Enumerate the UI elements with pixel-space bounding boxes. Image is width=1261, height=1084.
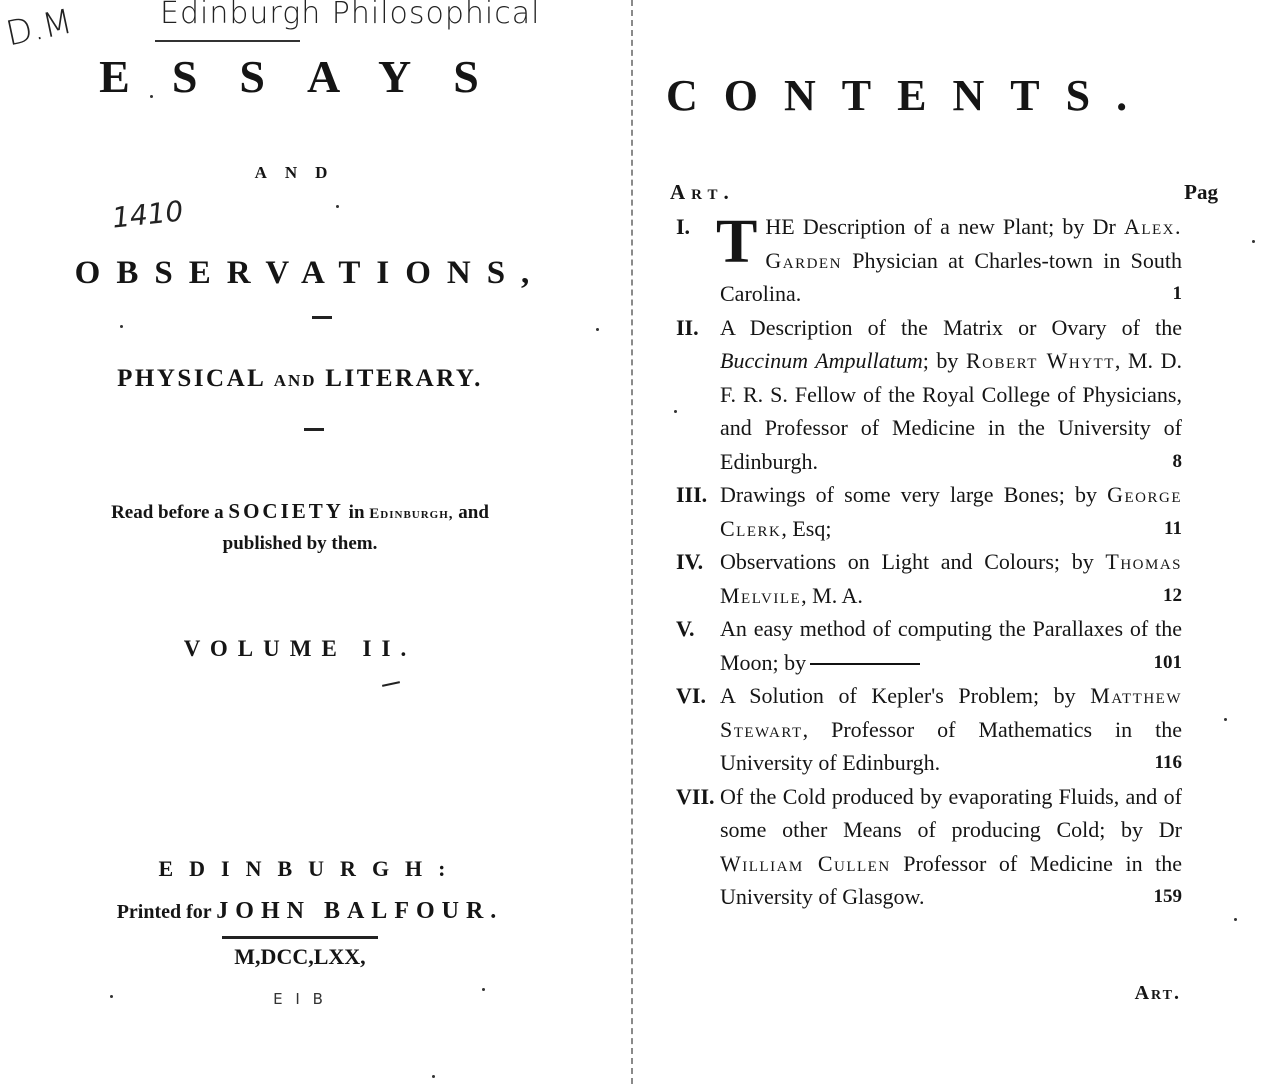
imprint-year: M,DCC,LXX,	[0, 944, 600, 970]
entry-title: A Description of the Matrix or Ovary of …	[720, 315, 1182, 340]
title-essays: ESSAYS	[70, 50, 550, 103]
publisher-name: JOHN BALFOUR.	[216, 898, 503, 924]
scan-speck	[1252, 240, 1255, 243]
entry-number: V.	[676, 612, 720, 679]
entry-title: , M. A.	[801, 583, 863, 608]
entry-number: VI.	[676, 679, 720, 780]
read-text: and	[458, 502, 489, 523]
toc-entry-5: V. An easy method of computing the Paral…	[676, 612, 1182, 679]
shelf-mark: E I B	[0, 990, 600, 1008]
scan-speck	[1234, 918, 1237, 921]
scan-speck	[432, 1075, 435, 1078]
toc-entry-4: IV. Observations on Light and Colours; b…	[676, 545, 1182, 612]
entry-page: 101	[1154, 646, 1183, 680]
entry-title: ; by	[923, 348, 959, 373]
entry-text: A Solution of Kepler's Problem; by Matth…	[720, 679, 1182, 780]
entry-page: 116	[1155, 746, 1182, 780]
author-blank-rule	[810, 663, 920, 665]
entry-author: Robert Whytt	[966, 348, 1115, 373]
scan-speck	[482, 988, 485, 991]
handwritten-mark: D.M	[3, 2, 76, 55]
read-text: in	[349, 502, 365, 523]
contents-header: Art. Pag	[670, 180, 1218, 205]
drop-cap: T	[716, 216, 757, 268]
table-of-contents: I. THE Description of a new Plant; by Dr…	[676, 210, 1182, 914]
toc-entry-3: III. Drawings of some very large Bones; …	[676, 478, 1182, 545]
page-divider	[631, 0, 633, 1084]
scan-speck	[110, 995, 113, 998]
imprint-printer: Printed for JOHN BALFOUR.	[20, 898, 600, 925]
city-text: Edinburgh,	[369, 506, 453, 522]
handwritten-title: Edinburgh Philosophical	[160, 0, 540, 31]
entry-page: 159	[1154, 880, 1183, 914]
subtitle-and: AND	[274, 371, 317, 390]
ornament-dash	[312, 316, 332, 319]
entry-text: An easy method of computing the Parallax…	[720, 612, 1182, 679]
entry-number: III.	[676, 478, 720, 545]
scan-speck	[120, 325, 123, 328]
header-art: Art.	[670, 180, 735, 205]
scan-speck	[596, 328, 599, 331]
entry-text: Drawings of some very large Bones; by Ge…	[720, 478, 1182, 545]
entry-number: I.	[676, 210, 720, 311]
entry-number: VII.	[676, 780, 720, 914]
entry-page: 12	[1163, 579, 1182, 613]
imprint-rule	[222, 936, 378, 939]
header-page: Pag	[1184, 180, 1218, 205]
scan-speck	[150, 95, 153, 98]
entry-page: 11	[1164, 512, 1182, 546]
entry-title: A Solution of Kepler's Problem; by	[720, 683, 1076, 708]
handwritten-underline	[155, 40, 300, 42]
society-text: SOCIETY	[228, 499, 344, 523]
entry-title: Observations on Light and Colours; by	[720, 549, 1094, 574]
entry-title: , Esq;	[781, 516, 831, 541]
subtitle-physical: PHYSICAL	[117, 365, 265, 392]
ornament-dash	[304, 428, 324, 431]
entry-page: 8	[1173, 445, 1183, 479]
ornament-dash	[382, 681, 400, 687]
published-text: published by them.	[223, 533, 378, 554]
entry-number: II.	[676, 311, 720, 479]
handwritten-number: 1410	[110, 194, 184, 234]
entry-text: Observations on Light and Colours; by Th…	[720, 545, 1182, 612]
contents-title: CONTENTS.	[666, 70, 1236, 121]
entry-species: Buccinum Ampullatum	[720, 348, 923, 373]
entry-text: A Description of the Matrix or Ovary of …	[720, 311, 1182, 479]
scan-speck	[1224, 718, 1227, 721]
printed-for-text: Printed for	[117, 901, 212, 923]
entry-text: Of the Cold produced by evaporating Flui…	[720, 780, 1182, 914]
read-before-society: Read before a SOCIETY in Edinburgh, and …	[20, 496, 580, 559]
subtitle-literary: LITERARY.	[325, 365, 483, 392]
entry-title: Of the Cold produced by evaporating Flui…	[720, 784, 1182, 843]
entry-title: Drawings of some very large Bones; by	[720, 482, 1097, 507]
toc-entry-1: I. THE Description of a new Plant; by Dr…	[676, 210, 1182, 311]
entry-page: 1	[1173, 277, 1183, 311]
entry-number: IV.	[676, 545, 720, 612]
scan-speck	[674, 410, 677, 413]
title-page: D.M Edinburgh Philosophical ESSAYS AND 1…	[0, 0, 630, 1084]
imprint-city: EDINBURGH:	[50, 856, 570, 882]
catchword: Art.	[1135, 982, 1181, 1005]
title-observations: OBSERVATIONS,	[50, 255, 570, 292]
scan-speck	[336, 205, 339, 208]
toc-entry-2: II. A Description of the Matrix or Ovary…	[676, 311, 1182, 479]
entry-title: An easy method of computing the Parallax…	[720, 616, 1182, 675]
contents-page: CONTENTS. Art. Pag I. THE Description of…	[634, 0, 1261, 1084]
title-subtitle: PHYSICAL AND LITERARY.	[40, 365, 560, 393]
title-and: AND	[0, 163, 600, 183]
toc-entry-7: VII. Of the Cold produced by evaporating…	[676, 780, 1182, 914]
read-text: Read before a	[111, 502, 224, 523]
toc-entry-6: VI. A Solution of Kepler's Problem; by M…	[676, 679, 1182, 780]
entry-text: THE Description of a new Plant; by Dr Al…	[720, 210, 1182, 311]
volume-label: VOLUME II.	[0, 636, 600, 662]
entry-author: William Cullen	[720, 851, 891, 876]
entry-title: HE Description of a new Plant; by Dr	[765, 214, 1115, 239]
